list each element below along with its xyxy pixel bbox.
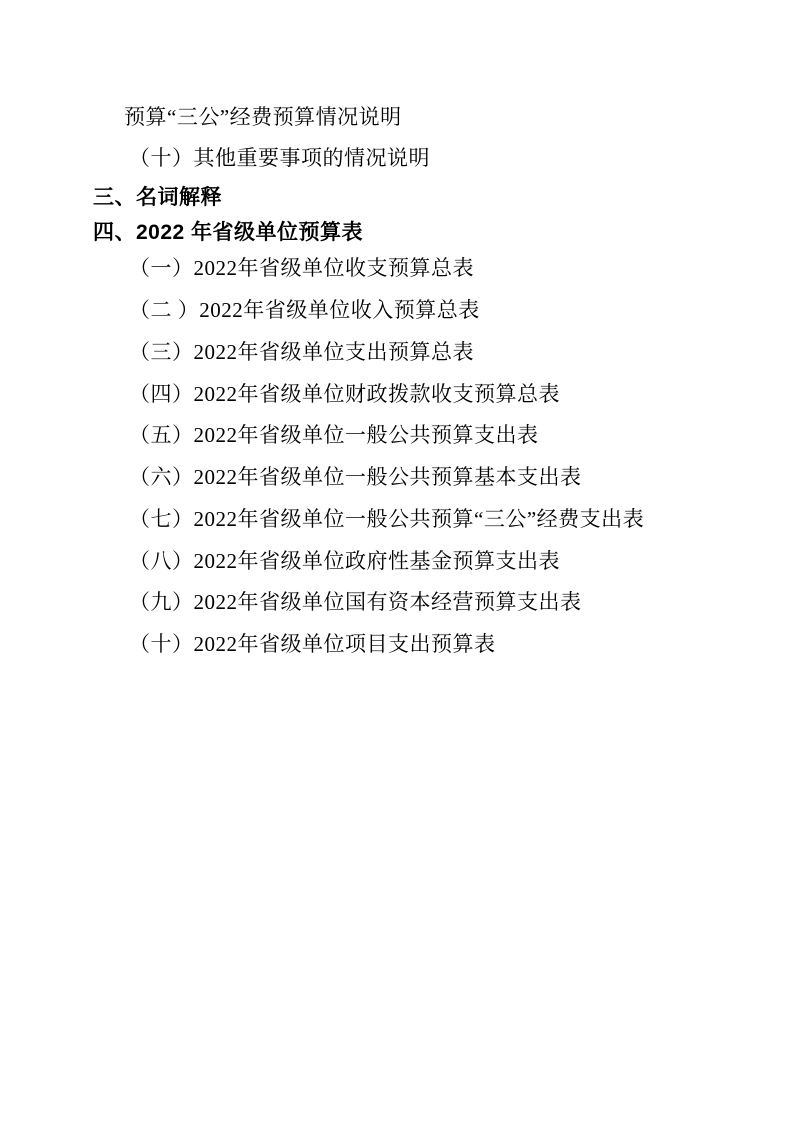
toc-line-overflow-three-public-funds-note: 预算“三公”经费预算情况说明 — [124, 103, 402, 131]
toc-item-table-3: （三）2022年省级单位支出预算总表 — [129, 338, 474, 366]
document-page: 预算“三公”经费预算情况说明 （十）其他重要事项的情况说明 三、名词解释 四、2… — [0, 0, 793, 1122]
toc-item-table-5: （五）2022年省级单位一般公共预算支出表 — [129, 421, 539, 449]
toc-item-table-10: （十）2022年省级单位项目支出预算表 — [129, 630, 496, 658]
section-heading-glossary: 三、名词解释 — [93, 184, 222, 212]
toc-item-table-9: （九）2022年省级单位国有资本经营预算支出表 — [129, 588, 582, 616]
toc-item-table-4: （四）2022年省级单位财政拨款收支预算总表 — [129, 380, 560, 408]
toc-item-table-1: （一）2022年省级单位收支预算总表 — [129, 254, 474, 282]
toc-item-table-2: （二 ）2022年省级单位收入预算总表 — [129, 296, 480, 324]
section-heading-budget-tables: 四、2022 年省级单位预算表 — [93, 219, 363, 247]
toc-item-table-6: （六）2022年省级单位一般公共预算基本支出表 — [129, 463, 582, 491]
toc-item-table-8: （八）2022年省级单位政府性基金预算支出表 — [129, 547, 560, 575]
toc-item-table-7: （七）2022年省级单位一般公共预算“三公”经费支出表 — [129, 505, 644, 533]
toc-item-other-important-matters: （十）其他重要事项的情况说明 — [129, 144, 430, 172]
